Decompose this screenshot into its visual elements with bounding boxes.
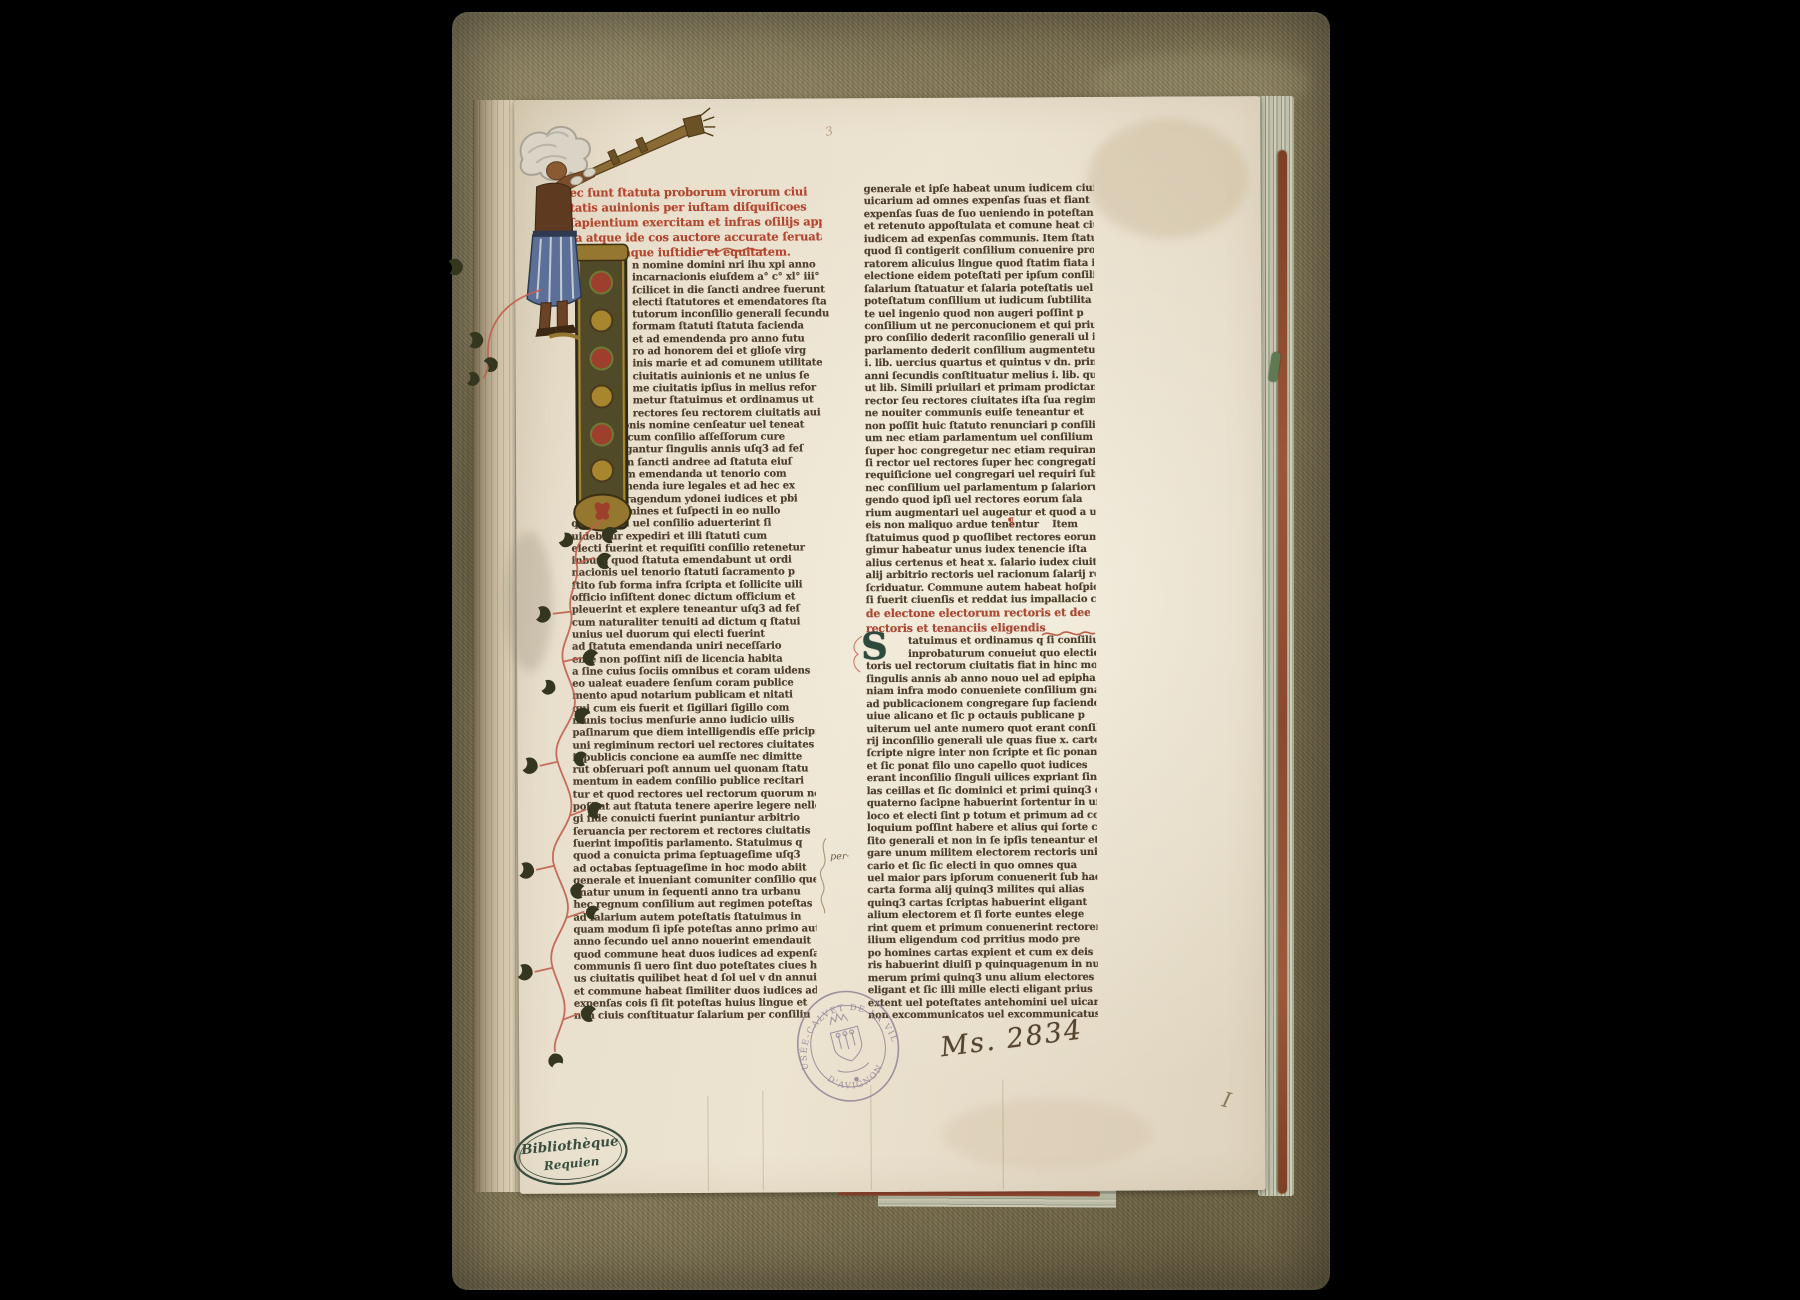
requien-oval-stamp: Bibliothèque Requien <box>508 1114 634 1193</box>
manuscript-text-line: alij arbitrio rectoris uel racionum ſala… <box>866 569 1096 583</box>
manuscript-text-line: iudicem ad expenſas communis. Item ſtatu… <box>864 233 1094 247</box>
manuscript-text-line: ſuper hoc congregetur nec etiam requiran… <box>865 444 1095 458</box>
manuscript-text-line: merum primi quinq3 unu alium electores <box>868 972 1098 986</box>
manuscript-text-line: um nec etiam parlamentum uel conſilium <box>865 432 1095 446</box>
text-column-right: generale et ipſe habeat unum iudicem ciu… <box>864 183 1108 1023</box>
manuscript-text-line: eis non maliquo ardue tenentur Item <box>865 519 1095 533</box>
manuscript-text-line: ilium eligendum cod prritius modo pre <box>868 934 1098 948</box>
manuscript-text-line: carta forma alij quinq3 milites qui alia… <box>867 884 1097 898</box>
manuscript-text-line: ſingulis annis ab anno nouo uel ad epiph… <box>866 673 1096 687</box>
manuscript-text-line: nec conſilium uel parlamentum p ſalarior… <box>865 482 1095 496</box>
manuscript-text-line: ris habuerint diuiſi p quinquagenum in n… <box>868 959 1098 973</box>
manuscript-text-line: quaterno ſacipne habuerint ſortentur in … <box>867 797 1097 811</box>
manuscript-text-line: uel maior pars ipſorum conuenerit ſub ha… <box>867 872 1097 886</box>
manuscript-text-line: et ſic ponat filo uno capello quot iudic… <box>867 760 1097 774</box>
manuscript-photo: { "annotations": { "shelfmark": "Ms. 283… <box>0 0 1800 1300</box>
text-block: generale et ipſe habeat unum iudicem ciu… <box>864 183 1106 608</box>
manuscript-text-line: requiſicione uel congregari uel requiri … <box>865 469 1095 483</box>
manuscript-text-line: alius certenus et heat x. ſalario iudex … <box>866 557 1096 571</box>
manuscript-text-line: ne nouiter communis euiſe teneantur et <box>865 407 1095 421</box>
manuscript-text-line: non poſſit huic ſtatuto renunciari p con… <box>865 420 1095 434</box>
manuscript-text-line: toris uel rectorum ciuitatis fiat in hin… <box>866 660 1096 674</box>
ivy-vine-border <box>453 241 627 1062</box>
manuscript-text-line: las ceillas et ſic dominici et primi qui… <box>867 785 1097 799</box>
parchment-stain <box>942 1099 1152 1170</box>
manuscript-text-line: ſalarium ſtatuatur et ſalaria poteſtatis… <box>864 283 1094 297</box>
manuscript-text-line: niam infra modo conueniete conſilium gna… <box>866 685 1096 699</box>
manuscript-text-line: uicarium ad omnes expenſas ſuas et fiant <box>864 195 1094 209</box>
manuscript-text-line: ſcripte nigre inter non ſcripte et ſic p… <box>867 747 1097 761</box>
manuscript-text-line: ſi rector uel rectores ſuper hec congreg… <box>865 457 1095 471</box>
manuscript-text-line: generale et ipſe habeat unum iudicem ciu… <box>864 183 1094 197</box>
folio-number: I <box>1220 1088 1234 1113</box>
parchment-crease <box>707 1096 708 1191</box>
manuscript-text-line: rint quem et primum conuenerint rectorem… <box>867 922 1097 936</box>
manuscript-text-line: pro conſilio dederit raconſilio generali… <box>864 332 1094 346</box>
manuscript-text-line: inprobaturum conueiut quo electio <box>908 648 1096 661</box>
manuscript-text-line: poteſtatum conſilium ut iudicum ſubtilit… <box>864 295 1094 309</box>
manuscript-text-line: uiterum uel ante numero quot erant conſi… <box>866 722 1096 736</box>
manuscript-text-line: ut lib. Simili priuilari et primam prodi… <box>865 382 1095 396</box>
manuscript-text-line: de electone electorum rectoris et deelec… <box>866 606 1090 622</box>
manuscript-text-line: rij inconſilio generali ule quas fiue x.… <box>866 735 1096 749</box>
red-paraph-mark: ¶ <box>1007 515 1014 528</box>
manuscript-text-line: po homines cartas expient et cum ex deis <box>868 947 1098 961</box>
manuscript-text-line: gimur habeatur unus iudex tenencie iſta <box>865 544 1095 558</box>
quire-mark: 3 <box>824 124 835 139</box>
manuscript-text-line: alium electorem et ſi forte euntes elege <box>867 909 1097 923</box>
manuscript-text-line: expenſas ſuas de ſuo ueniendo in poteſta… <box>864 208 1094 222</box>
manuscript-text-line: quod ſi contigerit conſilium conuenire p… <box>864 245 1094 259</box>
parchment-crease <box>762 1091 764 1191</box>
manuscript-text-line: i. lib. uercius quartus et quintus v dn.… <box>864 357 1094 371</box>
manuscript-text-line: ſito generali et non in ſe ipſis teneant… <box>867 835 1097 849</box>
manuscript-text-line: rector ſeu rectores ciuitates iſta ſua r… <box>865 395 1095 409</box>
stamp-line2: Requien <box>542 1154 600 1173</box>
rubric-flourish <box>1040 628 1096 640</box>
manuscript-text-line: erant inconſilio ſinguli uilices exprian… <box>867 772 1097 786</box>
manuscript-text-line: conſilium ut ne perconucionem et qui pri… <box>864 320 1094 334</box>
manuscript-text-line: te uel ingenio quod non augeri poſſint p <box>864 307 1094 321</box>
parchment-stain <box>1087 118 1248 239</box>
manuscript-text-line: cario et ſic ſic electi in quo omnes qua <box>867 859 1097 873</box>
manuscript-text-line: rium augmentari uel augeatur et quod a u… <box>865 507 1095 521</box>
manuscript-text-line: electione eidem poteſtati per ipſum conſ… <box>864 270 1094 284</box>
manuscript-text-line: quinq3 cartas ſcriptas habuerint eligant <box>867 897 1097 911</box>
stamp-line1: Bibliothèque <box>520 1133 620 1158</box>
manuscript-text-line: loco et electi ſint p totum et primum ad… <box>867 810 1097 824</box>
manuscript-text-line: eligant et ſic illi mille electi eligant… <box>868 984 1098 998</box>
manuscript-text-line: ſi fuerit ciuenſis et reddat ius impalla… <box>866 594 1096 608</box>
manuscript-text-line: ſtatuimus quod p quoſlibet rectores eoru… <box>865 532 1095 546</box>
manuscript-text-line: ſcriduatur. Commune autem habeat hoſpici… <box>866 581 1096 595</box>
marginal-brace <box>814 836 834 914</box>
manuscript-text-line: anni ſecundis conſtituatur melius i. lib… <box>865 370 1095 384</box>
manuscript-text-line: et retenuto appoſtulata et comune heat c… <box>864 220 1094 234</box>
manuscript-text-line: loquium poſſint habere et alius qui ſort… <box>867 822 1097 836</box>
manuscript-text-line: gendo quod ipſi uel rectores eorum ſala <box>865 494 1095 508</box>
manuscript-text-line: uiue alicano et ſic p octauis publicane … <box>866 710 1096 724</box>
manuscript-text-line: extent uel poteſtates antehomini uel uic… <box>868 996 1098 1010</box>
page-content: ec ſunt ſtatuta proborum virorum ciuitat… <box>0 0 1800 1300</box>
initial-pen-flourish <box>848 634 866 674</box>
manuscript-text-line: parlamento dederit conſilium augmentetur… <box>864 345 1094 359</box>
text-block: toris uel rectorum ciuitatis fiat in hin… <box>866 660 1108 1022</box>
manuscript-text-line: ad publicacionem congregare ſup faciendo… <box>866 698 1096 712</box>
manuscript-text-line: gare unum militem electorem rectoris uni <box>867 847 1097 861</box>
manuscript-text-line: ratorem alicuius lingue quod ſtatim fiat… <box>864 258 1094 272</box>
